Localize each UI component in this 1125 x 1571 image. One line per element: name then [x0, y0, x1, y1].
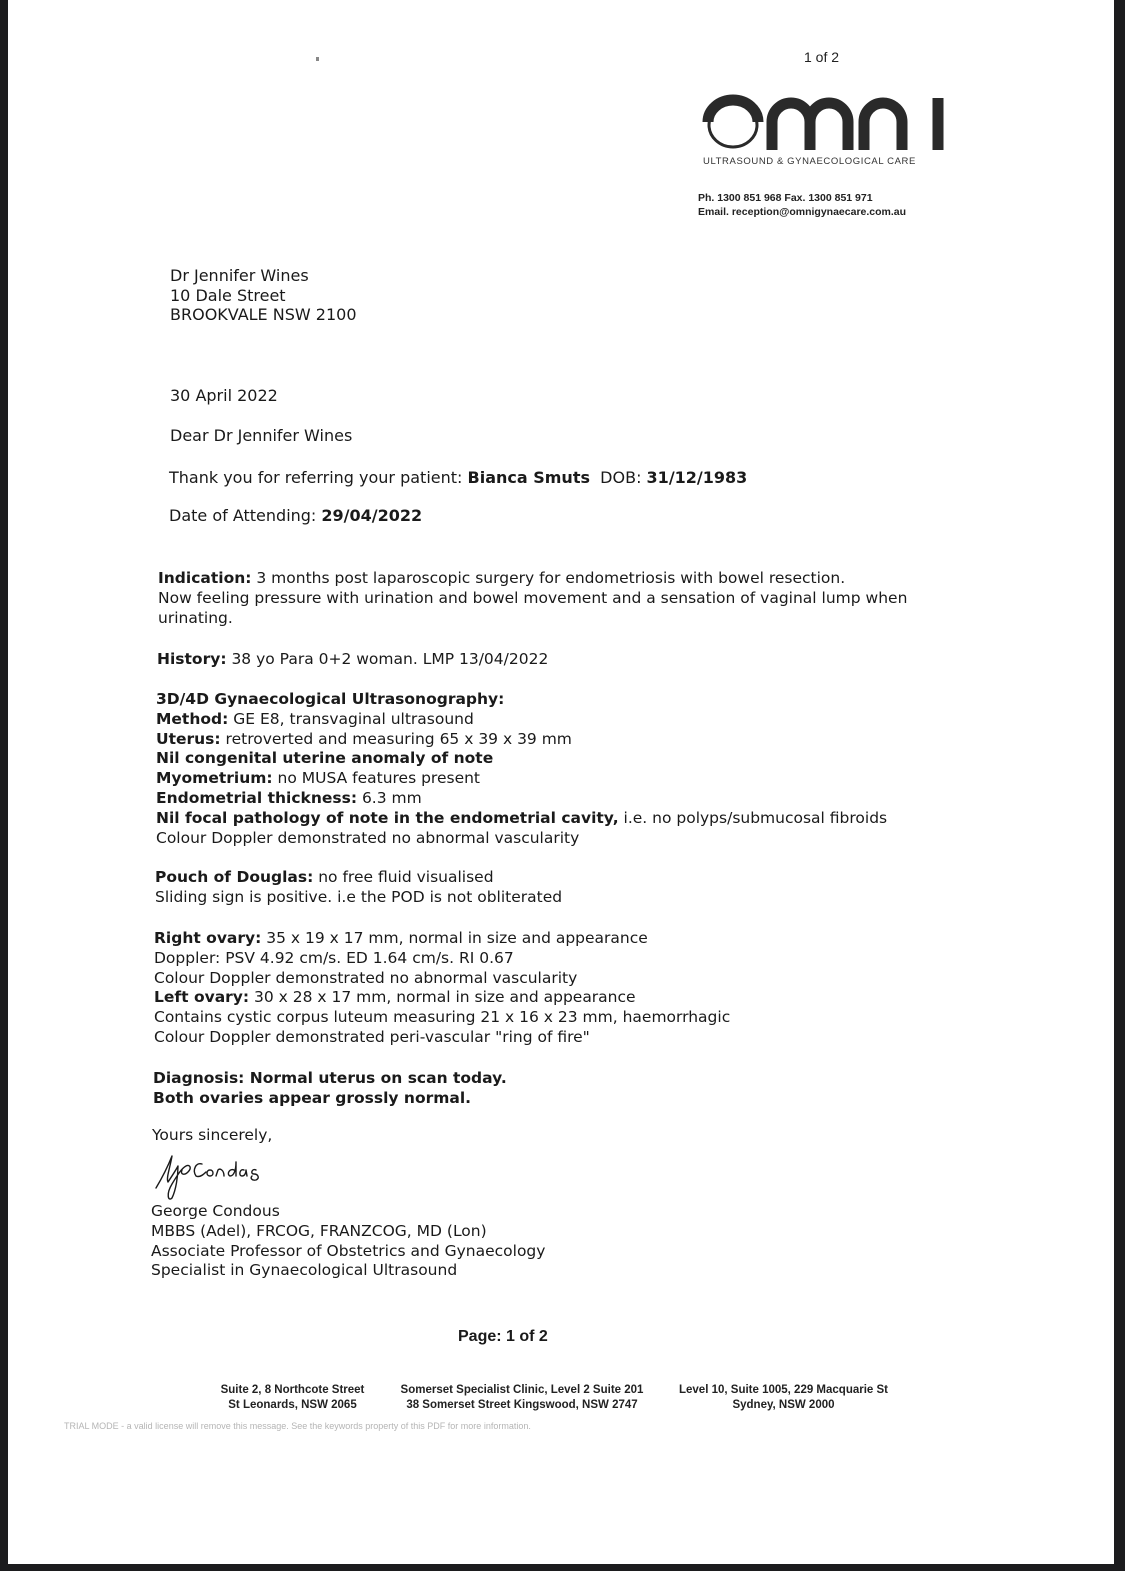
patient-name: Bianca Smuts [468, 468, 590, 487]
referral-line: Thank you for referring your patient: Bi… [169, 468, 747, 488]
letter-page: 1 of 2 ULTRASOUND & GYNAECOLOGICAL CARE … [8, 0, 1114, 1564]
logo-tagline: ULTRASOUND & GYNAECOLOGICAL CARE [703, 156, 916, 167]
method-value: GE E8, transvaginal ultrasound [228, 710, 474, 728]
recipient-address: Dr Jennifer Wines 10 Dale Street BROOKVA… [170, 266, 357, 325]
location-line-2: St Leonards, NSW 2065 [210, 1398, 375, 1413]
congenital-finding: Nil congenital uterine anomaly of note [156, 749, 887, 769]
pouch-of-douglas-section: Pouch of Douglas: no free fluid visualis… [155, 868, 562, 908]
history-text: 38 yo Para 0+2 woman. LMP 13/04/2022 [227, 650, 549, 668]
signer-block: George Condous MBBS (Adel), FRCOG, FRANZ… [151, 1202, 545, 1281]
closing: Yours sincerely, [152, 1126, 272, 1146]
signer-qualifications: MBBS (Adel), FRCOG, FRANZCOG, MD (Lon) [151, 1222, 545, 1242]
page-counter: 1 of 2 [804, 49, 839, 65]
right-ovary-doppler: Doppler: PSV 4.92 cm/s. ED 1.64 cm/s. RI… [154, 949, 730, 969]
endometrial-label: Endometrial thickness: [156, 789, 357, 807]
method-label: Method: [156, 710, 228, 728]
recipient-city: BROOKVALE NSW 2100 [170, 305, 357, 325]
indication-text-2: Now feeling pressure with urination and … [158, 589, 907, 609]
page-number: Page: 1 of 2 [458, 1328, 548, 1346]
uterus-label: Uterus: [156, 730, 221, 748]
attend-date: 29/04/2022 [321, 506, 422, 525]
recipient-street: 10 Dale Street [170, 286, 357, 306]
recipient-name: Dr Jennifer Wines [170, 266, 357, 286]
attendance-line: Date of Attending: 29/04/2022 [169, 506, 422, 526]
location-line-2: Sydney, NSW 2000 [666, 1398, 901, 1413]
pod-label: Pouch of Douglas: [155, 868, 313, 886]
clinic-contact: Ph. 1300 851 968 Fax. 1300 851 971 Email… [698, 191, 906, 219]
ultrasonography-section: 3D/4D Gynaecological Ultrasonography: Me… [156, 690, 887, 848]
focal-value: i.e. no polyps/submucosal fibroids [619, 809, 888, 827]
footer-location-st-leonards: Suite 2, 8 Northcote Street St Leonards,… [210, 1383, 375, 1413]
signer-title: Associate Professor of Obstetrics and Gy… [151, 1242, 545, 1262]
left-ovary-label: Left ovary: [154, 988, 249, 1006]
email-address: Email. reception@omnigynaecare.com.au [698, 205, 906, 219]
location-line-2: 38 Somerset Street Kingswood, NSW 2747 [391, 1398, 653, 1413]
indication-text-3: urinating. [158, 609, 907, 629]
footer-location-sydney: Level 10, Suite 1005, 229 Macquarie St S… [666, 1383, 901, 1413]
omni-logo [702, 92, 950, 150]
signer-name: George Condous [151, 1202, 545, 1222]
left-ovary-colour-doppler: Colour Doppler demonstrated peri-vascula… [154, 1028, 730, 1048]
right-ovary-label: Right ovary: [154, 929, 261, 947]
location-line-1: Somerset Specialist Clinic, Level 2 Suit… [391, 1383, 653, 1398]
diagnosis-line-2: Both ovaries appear grossly normal. [153, 1089, 507, 1109]
indication-label: Indication: [158, 569, 251, 587]
diagnosis-section: Diagnosis: Normal uterus on scan today. … [153, 1069, 507, 1109]
scan-speck [316, 57, 319, 61]
diagnosis-line-1: Diagnosis: Normal uterus on scan today. [153, 1069, 507, 1089]
uterus-doppler: Colour Doppler demonstrated no abnormal … [156, 829, 887, 849]
attend-label: Date of Attending: [169, 506, 321, 525]
focal-label: Nil focal pathology of note in the endom… [156, 809, 619, 827]
myometrium-value: no MUSA features present [273, 769, 480, 787]
referral-intro: Thank you for referring your patient: [169, 468, 468, 487]
history-section: History: 38 yo Para 0+2 woman. LMP 13/04… [157, 650, 548, 670]
pod-value: no free fluid visualised [313, 868, 493, 886]
myometrium-label: Myometrium: [156, 769, 273, 787]
right-ovary-colour-doppler: Colour Doppler demonstrated no abnormal … [154, 969, 730, 989]
signer-specialty: Specialist in Gynaecological Ultrasound [151, 1261, 545, 1281]
location-line-1: Suite 2, 8 Northcote Street [210, 1383, 375, 1398]
indication-section: Indication: 3 months post laparoscopic s… [158, 569, 907, 628]
history-label: History: [157, 650, 227, 668]
uterus-value: retroverted and measuring 65 x 39 x 39 m… [221, 730, 572, 748]
right-ovary-value: 35 x 19 x 17 mm, normal in size and appe… [261, 929, 647, 947]
ovaries-section: Right ovary: 35 x 19 x 17 mm, normal in … [154, 929, 730, 1048]
dob-label: DOB: [590, 468, 647, 487]
trial-mode-notice: TRIAL MODE - a valid license will remove… [64, 1421, 531, 1431]
letter-date: 30 April 2022 [170, 386, 278, 406]
endometrial-value: 6.3 mm [357, 789, 422, 807]
phone-fax: Ph. 1300 851 968 Fax. 1300 851 971 [698, 191, 906, 205]
ultrasonography-heading: 3D/4D Gynaecological Ultrasonography: [156, 690, 887, 710]
sliding-sign: Sliding sign is positive. i.e the POD is… [155, 888, 562, 908]
left-ovary-cyst: Contains cystic corpus luteum measuring … [154, 1008, 730, 1028]
location-line-1: Level 10, Suite 1005, 229 Macquarie St [666, 1383, 901, 1398]
patient-dob: 31/12/1983 [647, 468, 748, 487]
salutation: Dear Dr Jennifer Wines [170, 426, 352, 446]
footer-location-kingswood: Somerset Specialist Clinic, Level 2 Suit… [391, 1383, 653, 1413]
signature [152, 1148, 272, 1202]
left-ovary-value: 30 x 28 x 17 mm, normal in size and appe… [249, 988, 635, 1006]
indication-text: 3 months post laparoscopic surgery for e… [251, 569, 845, 587]
